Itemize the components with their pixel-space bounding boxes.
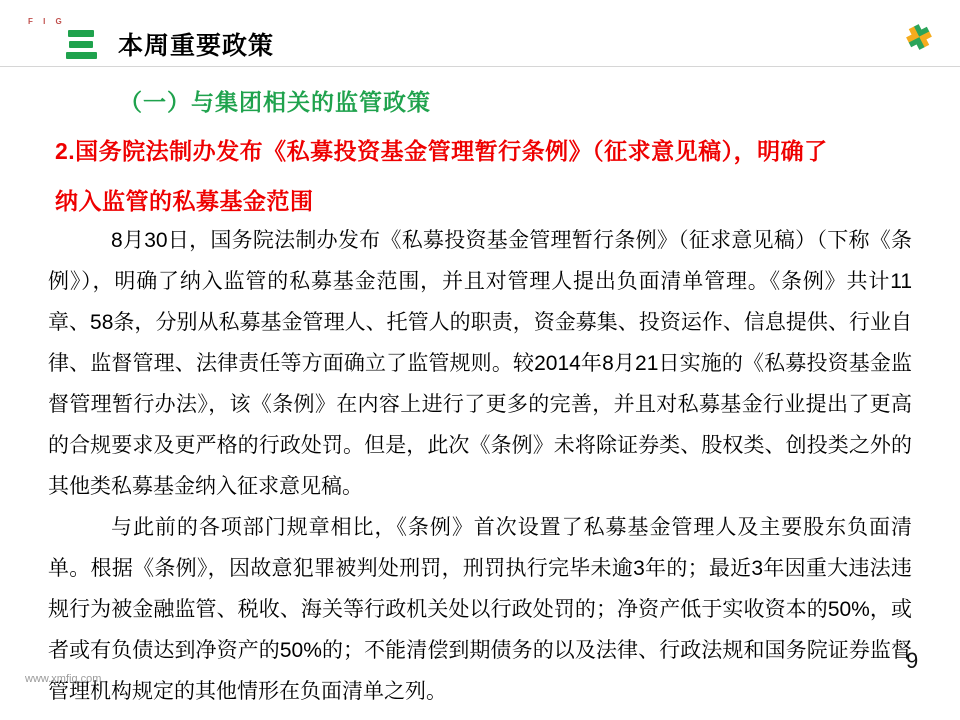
page-title: 本周重要政策 — [118, 26, 274, 62]
three-bars-icon: 三 — [64, 28, 98, 61]
slide: F I G 三 本周重要政策 （一）与集团相关的监管政策 2.国务院法制办发布《… — [0, 0, 960, 720]
headline-line-1: 2.国务院法制办发布《私募投资基金管理暂行条例》（征求意见稿），明确了 — [55, 126, 925, 176]
footer-url: www.xmfig.com — [25, 673, 101, 685]
brand-mark: F I G — [28, 17, 66, 26]
page-number: 9 — [906, 648, 918, 674]
paragraph-2: 与此前的各项部门规章相比，《条例》首次设置了私募基金管理人及主要股东负面清单。根… — [48, 507, 912, 712]
subsection-title: （一）与集团相关的监管政策 — [119, 84, 431, 117]
paragraph-1: 8月30日，国务院法制办发布《私募投资基金管理暂行条例》（征求意见稿）（下称《条… — [48, 220, 912, 507]
section-marker-text: 三 — [81, 28, 82, 29]
body-text: 8月30日，国务院法制办发布《私募投资基金管理暂行条例》（征求意见稿）（下称《条… — [48, 220, 912, 712]
header-divider — [0, 66, 960, 67]
headline-line-2: 纳入监管的私募基金范围 — [55, 176, 925, 226]
header: 三 本周重要政策 — [64, 26, 274, 62]
pinwheel-logo-icon — [902, 20, 936, 54]
headline: 2.国务院法制办发布《私募投资基金管理暂行条例》（征求意见稿），明确了 纳入监管… — [55, 126, 925, 226]
